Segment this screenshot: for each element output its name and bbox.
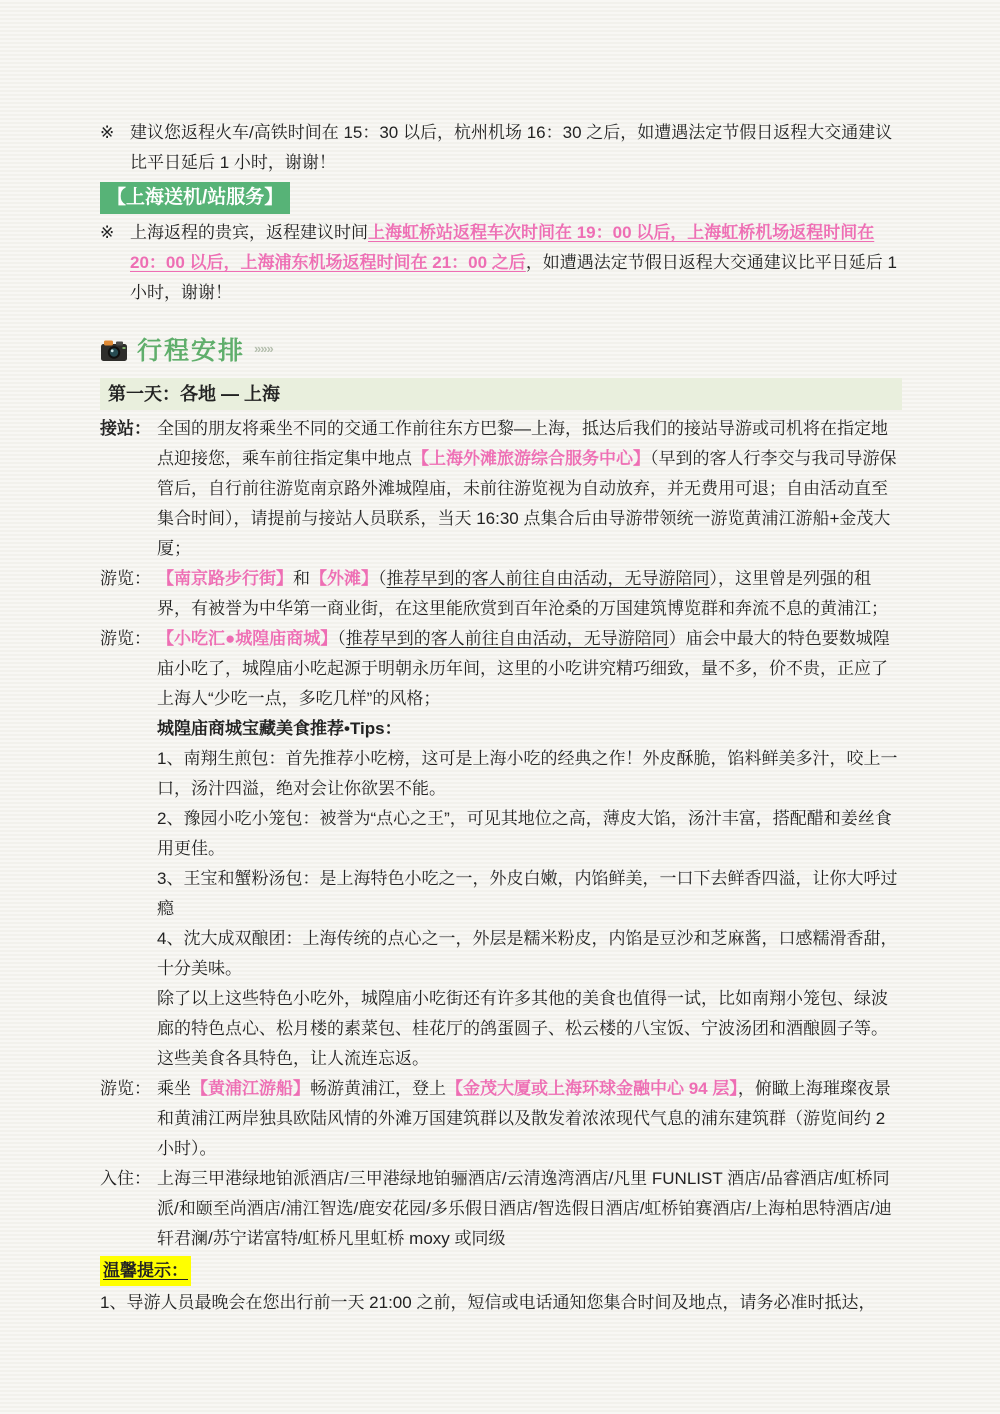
block-body: 上海三甲港绿地铂派酒店/三甲港绿地铂骊酒店/云清逸湾酒店/凡里 FUNLIST … (157, 1164, 902, 1254)
highlighted-text: 【小吃汇●城隍庙商城】 (157, 629, 337, 648)
text-segment: 除了以上这些特色小吃外，城隍庙小吃街还有许多其他的美食也值得一试，比如南翔小笼包… (157, 989, 888, 1068)
itinerary-block: 接站： 全国的朋友将乘坐不同的交通工作前往东方巴黎—上海，抵达后我们的接站导游或… (100, 414, 902, 564)
block-body: 【南京路步行街】和【外滩】（推荐早到的客人前往自由活动，无导游陪同），这里曾是列… (157, 564, 902, 624)
itinerary-block: 游览： 【南京路步行街】和【外滩】（推荐早到的客人前往自由活动，无导游陪同），这… (100, 564, 902, 624)
block-body: 乘坐【黄浦江游船】畅游黄浦江，登上【金茂大厦或上海环球金融中心 94 层】，俯瞰… (157, 1074, 902, 1164)
block-label: 入住： (100, 1164, 157, 1194)
paragraph: 除了以上这些特色小吃外，城隍庙小吃街还有许多其他的美食也值得一试，比如南翔小笼包… (157, 984, 902, 1074)
paragraph: 4、沈大成双酿团：上海传统的点心之一，外层是糯米粉皮，内馅是豆沙和芝麻酱，口感糯… (157, 924, 902, 984)
reference-mark: ※ (100, 118, 130, 148)
badge-row: 【上海送机/站服务】 (100, 181, 902, 215)
paragraph: 2、豫园小吃小笼包：被誉为“点心之王”，可见其地位之高，薄皮大馅，汤汁丰富，搭配… (157, 804, 902, 864)
tips-item-1: 1、导游人员最晚会在您出行前一天 21:00 之前，短信或电话通知您集合时间及地… (100, 1288, 902, 1318)
block-body: 全国的朋友将乘坐不同的交通工作前往东方巴黎—上海，抵达后我们的接站导游或司机将在… (157, 414, 902, 564)
text-segment: 和 (293, 569, 310, 588)
highlighted-text: 【南京路步行街】 (157, 569, 293, 588)
paragraph: 城隍庙商城宝藏美食推荐•Tips： (157, 714, 902, 744)
camera-icon (100, 339, 128, 363)
text-segment: 4、沈大成双酿团：上海传统的点心之一，外层是糯米粉皮，内馅是豆沙和芝麻酱，口感糯… (157, 929, 897, 978)
highlighted-text: 【外滩】 (310, 569, 378, 588)
paragraph: 3、王宝和蟹粉汤包：是上海特色小吃之一，外皮白嫩，内馅鲜美，一口下去鲜香四溢，让… (157, 864, 902, 924)
highlighted-text: 【黄浦江游船】 (191, 1079, 310, 1098)
day-banner: 第一天：各地 — 上海 (100, 378, 902, 410)
itinerary-section-header: 行程安排 »»» (100, 334, 902, 368)
text-segment: （ (378, 569, 387, 588)
highlighted-text: 【金茂大厦或上海环球金融中心 94 层】 (446, 1079, 738, 1098)
return-advice-note-hangzhou: ※ 建议您返程火车/高铁时间在 15：30 以后，杭州机场 16：30 之后，如… (100, 118, 902, 178)
tips-highlight: 温馨提示： (100, 1256, 191, 1286)
block-label: 游览： (100, 564, 157, 594)
block-label: 游览： (100, 624, 157, 654)
note-text: 建议您返程火车/高铁时间在 15：30 以后，杭州机场 16：30 之后，如遭遇… (130, 118, 902, 178)
shanghai-sendoff-service-badge: 【上海送机/站服务】 (100, 182, 290, 214)
itinerary-blocks: 接站： 全国的朋友将乘坐不同的交通工作前往东方巴黎—上海，抵达后我们的接站导游或… (100, 414, 902, 1254)
text-segment: 乘坐 (157, 1079, 191, 1098)
text-segment: （ (337, 629, 346, 648)
text-segment: 上海三甲港绿地铂派酒店/三甲港绿地铂骊酒店/云清逸湾酒店/凡里 FUNLIST … (157, 1169, 892, 1248)
paragraph: 上海三甲港绿地铂派酒店/三甲港绿地铂骊酒店/云清逸湾酒店/凡里 FUNLIST … (157, 1164, 902, 1254)
text-segment: 城隍庙商城宝藏美食推荐•Tips： (157, 719, 402, 738)
travel-itinerary-document: ※ 建议您返程火车/高铁时间在 15：30 以后，杭州机场 16：30 之后，如… (0, 0, 1000, 1414)
block-label: 游览： (100, 1074, 157, 1104)
return-advice-note-shanghai: ※ 上海返程的贵宾，返程建议时间上海虹桥站返程车次时间在 19：00 以后，上海… (100, 218, 902, 308)
text-segment: 推荐早到的客人前往自由活动，无导游陪同 (346, 629, 669, 648)
paragraph: 【小吃汇●城隍庙商城】（推荐早到的客人前往自由活动，无导游陪同）庙会中最大的特色… (157, 624, 902, 714)
chevrons-decoration: »»» (254, 334, 273, 368)
block-body: 【小吃汇●城隍庙商城】（推荐早到的客人前往自由活动，无导游陪同）庙会中最大的特色… (157, 624, 902, 1074)
note-text: 上海返程的贵宾，返程建议时间上海虹桥站返程车次时间在 19：00 以后，上海虹桥… (130, 218, 902, 308)
paragraph: 乘坐【黄浦江游船】畅游黄浦江，登上【金茂大厦或上海环球金融中心 94 层】，俯瞰… (157, 1074, 902, 1164)
text-segment: 畅游黄浦江，登上 (310, 1079, 446, 1098)
text-segment: 3、王宝和蟹粉汤包：是上海特色小吃之一，外皮白嫩，内馅鲜美，一口下去鲜香四溢，让… (157, 869, 897, 918)
itinerary-block: 游览： 乘坐【黄浦江游船】畅游黄浦江，登上【金茂大厦或上海环球金融中心 94 层… (100, 1074, 902, 1164)
highlighted-text: 【上海外滩旅游综合服务中心】 (412, 449, 650, 468)
itinerary-block: 入住： 上海三甲港绿地铂派酒店/三甲港绿地铂骊酒店/云清逸湾酒店/凡里 FUNL… (100, 1164, 902, 1254)
paragraph: 【南京路步行街】和【外滩】（推荐早到的客人前往自由活动，无导游陪同），这里曾是列… (157, 564, 902, 624)
text-segment: 2、豫园小吃小笼包：被誉为“点心之王”，可见其地位之高，薄皮大馅，汤汁丰富，搭配… (157, 809, 892, 858)
document-content: ※ 建议您返程火车/高铁时间在 15：30 以后，杭州机场 16：30 之后，如… (100, 118, 902, 1318)
text-segment: 推荐早到的客人前往自由活动，无导游陪同 (387, 569, 710, 588)
paragraph: 全国的朋友将乘坐不同的交通工作前往东方巴黎—上海，抵达后我们的接站导游或司机将在… (157, 414, 902, 564)
itinerary-block: 游览： 【小吃汇●城隍庙商城】（推荐早到的客人前往自由活动，无导游陪同）庙会中最… (100, 624, 902, 1074)
tips-heading-row: 温馨提示： (100, 1256, 902, 1286)
block-label: 接站： (100, 414, 157, 444)
paragraph: 1、南翔生煎包：首先推荐小吃榜，这可是上海小吃的经典之作！外皮酥脆，馅料鲜美多汁… (157, 744, 902, 804)
text-segment: 建议您返程火车/高铁时间在 15：30 以后，杭州机场 16：30 之后，如遭遇… (130, 123, 892, 172)
reference-mark: ※ (100, 218, 130, 248)
text-segment: 上海返程的贵宾，返程建议时间 (130, 223, 368, 242)
text-segment: 1、南翔生煎包：首先推荐小吃榜，这可是上海小吃的经典之作！外皮酥脆，馅料鲜美多汁… (157, 749, 897, 798)
section-title: 行程安排 (137, 336, 245, 366)
